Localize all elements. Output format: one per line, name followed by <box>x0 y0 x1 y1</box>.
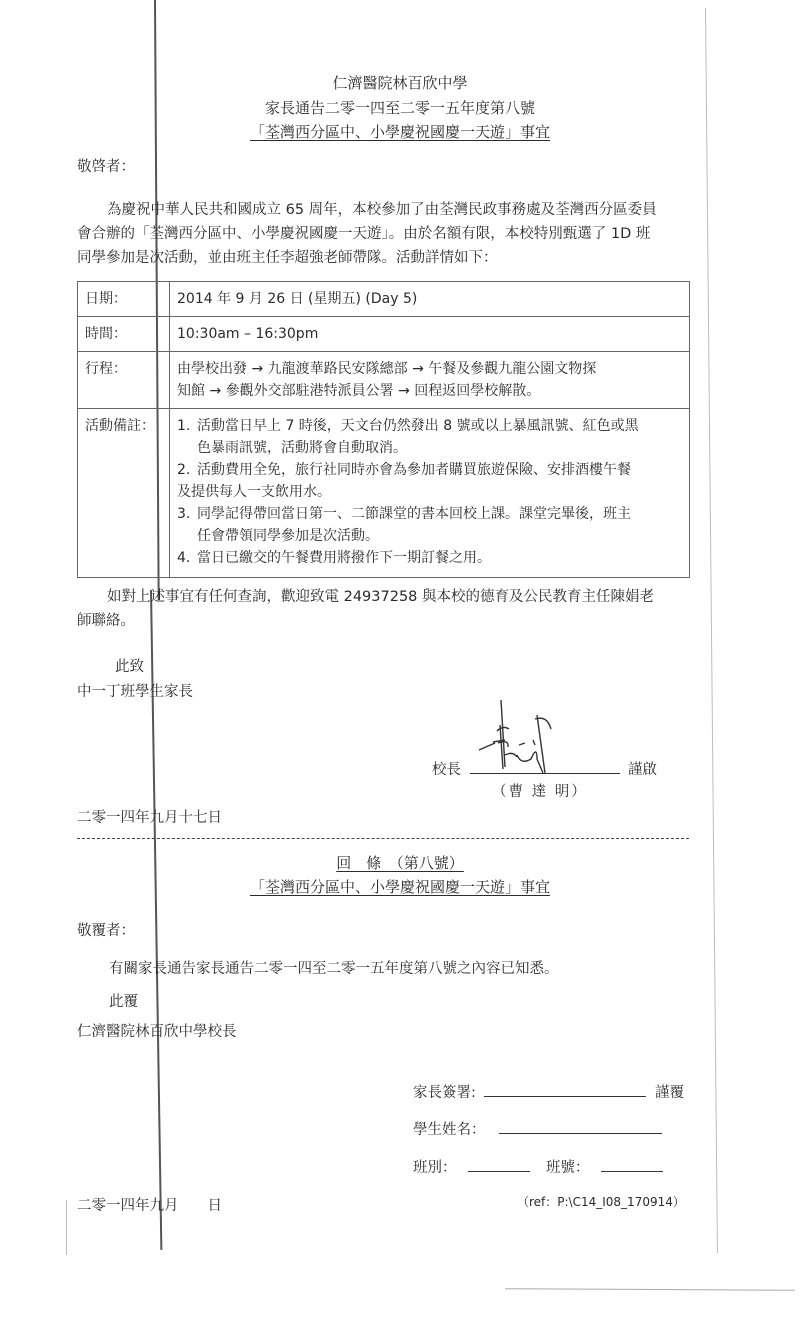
reply-slip-title: 回 條 （第八號） <box>336 854 464 872</box>
reply-subject-wrap: 「荃灣西分區中、小學慶祝國慶一天遊」事宜 <box>0 876 800 897</box>
tear-off-dashed-line <box>77 838 689 839</box>
itinerary-label: 行程： <box>78 352 170 409</box>
notes-label: 活動備註： <box>78 409 170 578</box>
note-3-line-2: 任會帶領同學參加是次活動。 <box>197 525 631 547</box>
notice-subject-wrap: 「荃灣西分區中、小學慶祝國慶一天遊」事宜 <box>0 121 800 142</box>
note-text: 同學記得帶回當日第一、二節課堂的書本回校上課。課堂完畢後，班主 任會帶領同學參加… <box>197 503 631 547</box>
notice-date: 二零一四年九月十七日 <box>77 806 222 827</box>
scan-edge-far-left <box>66 1200 67 1255</box>
principal-name: （曹 達 明） <box>492 780 588 801</box>
note-2-line-2: 及提供每人一支飲用水。 <box>177 481 631 503</box>
table-row-itinerary: 行程： 由學校出發 → 九龍渡華路民安隊總部 → 午餐及參觀九龍公園文物探 知館… <box>78 352 690 409</box>
reply-recipient: 仁濟醫院林百欣中學校長 <box>77 1020 237 1041</box>
note-item-1: 1. 活動當日早上 7 時後，天文台仍然發出 8 號或以上暴風訊號、紅色或黑 色… <box>177 415 682 459</box>
student-name-label: 學生姓名： <box>413 1118 486 1139</box>
note-1-line-2: 色暴雨訊號，活動將會自動取消。 <box>197 437 639 459</box>
principal-title: 校長 <box>432 758 461 779</box>
note-2-line-1: 活動費用全免，旅行社同時亦會為參加者購買旅遊保險、安排酒樓午餐 <box>197 459 631 481</box>
parent-signature-label: 家長簽署: <box>413 1081 476 1102</box>
class-label: 班別： <box>413 1156 457 1177</box>
note-number: 4. <box>177 547 197 569</box>
note-item-4: 4. 當日已繳交的午餐費用將撥作下一期訂餐之用。 <box>177 547 682 569</box>
parent-sign-off: 謹覆 <box>655 1081 684 1102</box>
school-name: 仁濟醫院林百欣中學 <box>0 72 800 93</box>
recipient: 中一丁班學生家長 <box>77 680 193 701</box>
class-number-label: 班號： <box>546 1156 590 1177</box>
itinerary-value: 由學校出發 → 九龍渡華路民安隊總部 → 午餐及參觀九龍公園文物探 知館 → 參… <box>170 352 690 409</box>
notice-subject: 「荃灣西分區中、小學慶祝國慶一天遊」事宜 <box>250 123 550 141</box>
class-field[interactable] <box>468 1153 530 1172</box>
reply-closing: 此覆 <box>109 990 138 1011</box>
note-number: 1. <box>177 415 197 459</box>
table-row-date: 日期： 2014 年 9 月 26 日 (星期五) (Day 5) <box>78 282 690 317</box>
enquiry-line-2: 師聯絡。 <box>77 609 135 630</box>
note-item-2: 2. 活動費用全免，旅行社同時亦會為參加者購買旅遊保險、安排酒樓午餐 及提供每人… <box>177 459 682 503</box>
scan-line-right <box>705 8 718 1253</box>
student-name-field[interactable] <box>499 1115 662 1134</box>
reference-code: （ref：P:\C14_I08_170914） <box>517 1193 685 1210</box>
reply-salutation: 敬覆者： <box>77 919 135 940</box>
body-line-3: 同學參加是次活動，並由班主任李超強老師帶隊。活動詳情如下： <box>77 246 498 267</box>
enquiry-line-1: 如對上述事宜有任何查詢，歡迎致電 24937258 與本校的德育及公民教育主任陳… <box>107 585 654 606</box>
closing: 此致 <box>115 655 144 676</box>
itinerary-line-1: 由學校出發 → 九龍渡華路民安隊總部 → 午餐及參觀九龍公園文物探 <box>177 358 682 380</box>
signature-icon <box>475 695 565 775</box>
itinerary-line-2: 知館 → 參觀外交部駐港特派員公署 → 回程返回學校解散。 <box>177 380 682 402</box>
time-value: 10:30am – 16:30pm <box>170 317 690 352</box>
salutation: 敬啓者： <box>77 155 135 176</box>
reply-slip-subject: 「荃灣西分區中、小學慶祝國慶一天遊」事宜 <box>250 878 550 896</box>
date-value: 2014 年 9 月 26 日 (星期五) (Day 5) <box>170 282 690 317</box>
note-item-3: 3. 同學記得帶回當日第一、二節課堂的書本回校上課。課堂完畢後，班主 任會帶領同… <box>177 503 682 547</box>
date-label: 日期： <box>78 282 170 317</box>
note-4-line-1: 當日已繳交的午餐費用將撥作下一期訂餐之用。 <box>197 547 491 569</box>
reply-acknowledgement: 有關家長通告家長通告二零一四至二零一五年度第八號之內容已知悉。 <box>109 957 559 978</box>
note-1-line-1: 活動當日早上 7 時後，天文台仍然發出 8 號或以上暴風訊號、紅色或黑 <box>197 415 639 437</box>
parent-signature-field[interactable] <box>484 1078 646 1097</box>
note-3-line-1: 同學記得帶回當日第一、二節課堂的書本回校上課。課堂完畢後，班主 <box>197 503 631 525</box>
table-row-time: 時間： 10:30am – 16:30pm <box>78 317 690 352</box>
note-text: 活動當日早上 7 時後，天文台仍然發出 8 號或以上暴風訊號、紅色或黑 色暴雨訊… <box>197 415 639 459</box>
notes-value: 1. 活動當日早上 7 時後，天文台仍然發出 8 號或以上暴風訊號、紅色或黑 色… <box>170 409 690 578</box>
reply-title-wrap: 回 條 （第八號） <box>0 852 800 873</box>
principal-sign-off: 謹啟 <box>628 758 657 779</box>
time-label: 時間： <box>78 317 170 352</box>
body-line-1: 為慶祝中華人民共和國成立 65 周年，本校參加了由荃灣民政事務處及荃灣西分區委員 <box>107 198 657 219</box>
body-line-2: 會合辦的「荃灣西分區中、小學慶祝國慶一天遊」。由於名額有限，本校特別甄選了 1D… <box>77 222 650 243</box>
reply-date: 二零一四年九月 日 <box>77 1194 222 1215</box>
notice-number: 家長通告二零一四至二零一五年度第八號 <box>0 97 800 118</box>
class-number-field[interactable] <box>601 1153 663 1172</box>
scan-bottom-edge <box>505 1288 795 1291</box>
table-row-notes: 活動備註： 1. 活動當日早上 7 時後，天文台仍然發出 8 號或以上暴風訊號、… <box>78 409 690 578</box>
note-number: 3. <box>177 503 197 547</box>
note-text: 活動費用全免，旅行社同時亦會為參加者購買旅遊保險、安排酒樓午餐 及提供每人一支飲… <box>197 459 631 503</box>
note-text: 當日已繳交的午餐費用將撥作下一期訂餐之用。 <box>197 547 491 569</box>
details-table: 日期： 2014 年 9 月 26 日 (星期五) (Day 5) 時間： 10… <box>77 281 690 578</box>
